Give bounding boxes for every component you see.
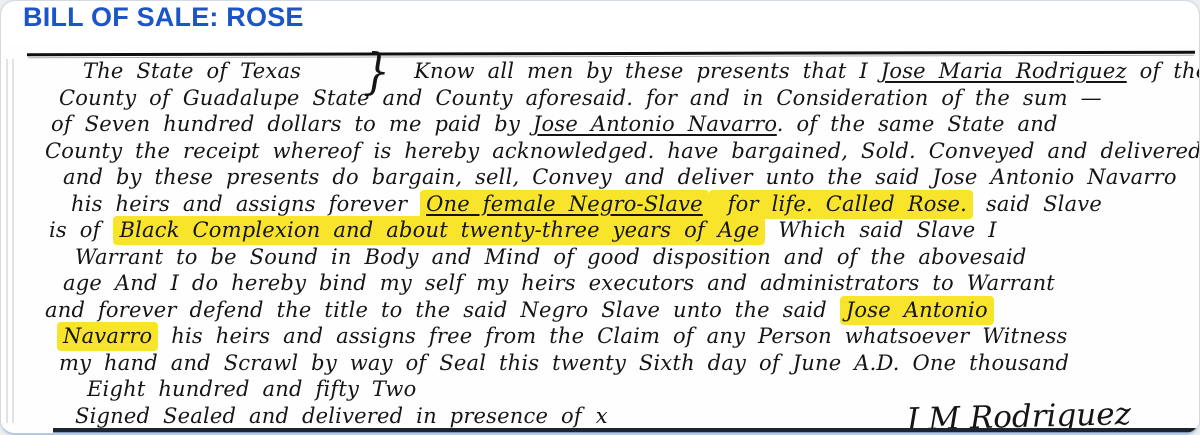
highlighted-text: Black Complexion and about twenty-three … [113, 216, 765, 245]
handwriting-segment: County the receipt whereof is hereby ack… [45, 139, 1200, 163]
page-title: BILL OF SALE: ROSE [23, 2, 304, 33]
document-line: age And I do hereby bind my self my heir… [31, 270, 1195, 297]
handwriting-segment: . of the same State and [777, 112, 1058, 136]
handwriting-segment: and by these presents do bargain, sell, … [63, 165, 1177, 189]
handwriting-segment: Know all men by these presents that I [414, 59, 881, 83]
handwriting-segment: his heirs and assigns free from the Clai… [158, 324, 1067, 348]
document-line: and by these presents do bargain, sell, … [31, 164, 1195, 191]
highlighted-text: Navarro [57, 322, 158, 351]
document-line: his heirs and assigns forever One female… [31, 191, 1195, 218]
scan-top-edge [27, 51, 1195, 56]
handwriting-segment: of the [1127, 59, 1200, 83]
document-scan: The State of Texas}Know all men by these… [1, 45, 1199, 433]
highlighted-text: Jose Antonio [840, 296, 994, 325]
document-line: Navarro his heirs and assigns free from … [31, 323, 1195, 350]
document-line: of Seven hundred dollars to me paid by J… [31, 111, 1195, 138]
witness-mark: x [596, 404, 608, 428]
handwriting-segment: Jose Maria Rodriguez [881, 59, 1127, 83]
handwritten-text-block: The State of Texas}Know all men by these… [31, 58, 1195, 429]
document-line: my hand and Scrawl by way of Seal this t… [31, 350, 1195, 377]
handwriting-segment: his heirs and assigns forever [71, 192, 420, 216]
handwriting-segment: age And I do hereby bind my self my heir… [63, 271, 1055, 295]
highlighted-text: One female Negro-Slave [420, 190, 709, 219]
handwriting-segment: Jose Antonio Navarro [533, 112, 777, 136]
handwriting-segment: Eight hundred and fifty Two [87, 377, 416, 401]
document-card: BILL OF SALE: ROSE The State of Texas}Kn… [0, 0, 1200, 435]
document-line: The State of Texas}Know all men by these… [31, 58, 1195, 85]
scan-left-edge [6, 59, 18, 423]
handwriting-segment: County of Guadalupe State and County afo… [59, 86, 1102, 110]
handwriting-segment: Signed Sealed and delivered in presence … [75, 404, 582, 428]
document-line: is of Black Complexion and about twenty-… [31, 217, 1195, 244]
handwriting-segment: said Slave [973, 192, 1102, 216]
document-line: County the receipt whereof is hereby ack… [31, 138, 1195, 165]
handwriting-segment: and forever defend the title to the said… [45, 298, 840, 322]
scan-bottom-edge [53, 428, 1199, 433]
handwriting-segment: Warrant to be Sound in Body and Mind of … [75, 245, 1027, 269]
handwriting-segment: of Seven hundred dollars to me paid by [51, 112, 533, 136]
handwriting-segment: my hand and Scrawl by way of Seal this t… [59, 351, 1069, 375]
handwriting-segment: is of [49, 218, 113, 242]
document-line: and forever defend the title to the said… [31, 297, 1195, 324]
handwriting-segment: The State of Texas [83, 59, 301, 83]
highlighted-text: for life. Called Rose. [709, 190, 973, 219]
document-line: Warrant to be Sound in Body and Mind of … [31, 244, 1195, 271]
handwriting-segment: Which said Slave I [765, 218, 996, 242]
document-line: County of Guadalupe State and County afo… [31, 85, 1195, 112]
